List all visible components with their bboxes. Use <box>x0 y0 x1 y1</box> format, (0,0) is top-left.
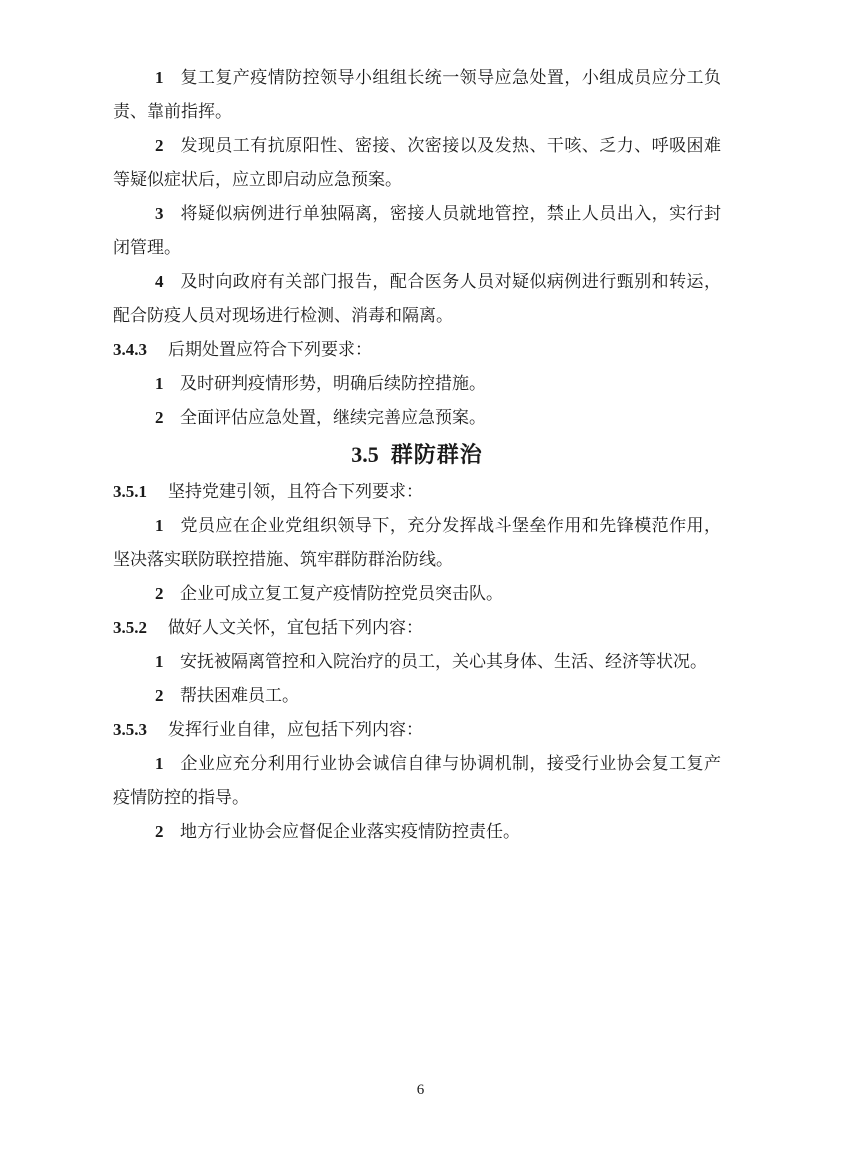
paragraph-text: 后期处置应符合下列要求： <box>168 340 372 359</box>
list-item-paragraph: 1及时研判疫情形势，明确后续防控措施。 <box>113 367 721 401</box>
list-item-paragraph: 2企业可成立复工复产疫情防控党员突击队。 <box>113 577 721 611</box>
item-number: 2 <box>155 577 180 611</box>
list-item-paragraph: 1安抚被隔离管控和入院治疗的员工，关心其身体、生活、经济等状况。 <box>113 645 721 679</box>
clause-paragraph: 3.5.2做好人文关怀，宜包括下列内容： <box>113 611 721 645</box>
clause-number: 3.4.3 <box>113 333 168 367</box>
item-number: 2 <box>155 815 180 849</box>
clause-number: 3.5.2 <box>113 611 168 645</box>
section-heading-title: 群防群治 <box>391 442 483 467</box>
paragraph-text: 帮扶困难员工。 <box>180 686 299 705</box>
list-item-paragraph: 1企业应充分利用行业协会诚信自律与协调机制，接受行业协会复工复产疫情防控的指导。 <box>113 747 721 815</box>
paragraph-text: 做好人文关怀，宜包括下列内容： <box>168 618 423 637</box>
item-number: 2 <box>155 129 180 163</box>
paragraph-text: 坚持党建引领，且符合下列要求： <box>168 482 423 501</box>
list-item-paragraph: 2地方行业协会应督促企业落实疫情防控责任。 <box>113 815 721 849</box>
list-item-paragraph: 1复工复产疫情防控领导小组组长统一领导应急处置，小组成员应分工负责、靠前指挥。 <box>113 61 721 129</box>
item-number: 3 <box>155 197 180 231</box>
clause-paragraph: 3.5.3发挥行业自律，应包括下列内容： <box>113 713 721 747</box>
section-3-5-body: 3.5.1坚持党建引领，且符合下列要求：1党员应在企业党组织领导下，充分发挥战斗… <box>113 475 721 849</box>
paragraph-text: 企业可成立复工复产疫情防控党员突击队。 <box>180 584 503 603</box>
paragraph-text: 及时研判疫情形势，明确后续防控措施。 <box>180 374 486 393</box>
item-number: 1 <box>155 509 180 543</box>
item-number: 1 <box>155 747 180 781</box>
paragraph-text: 复工复产疫情防控领导小组组长统一领导应急处置，小组成员应分工负责、靠前指挥。 <box>113 68 721 121</box>
item-number: 1 <box>155 645 180 679</box>
item-number: 1 <box>155 61 180 95</box>
section-3-4-continuation: 1复工复产疫情防控领导小组组长统一领导应急处置，小组成员应分工负责、靠前指挥。2… <box>113 61 721 435</box>
section-heading-number: 3.5 <box>351 442 379 467</box>
item-number: 4 <box>155 265 180 299</box>
paragraph-text: 地方行业协会应督促企业落实疫情防控责任。 <box>180 822 520 841</box>
list-item-paragraph: 2帮扶困难员工。 <box>113 679 721 713</box>
clause-paragraph: 3.5.1坚持党建引领，且符合下列要求： <box>113 475 721 509</box>
section-heading: 3.5群防群治 <box>113 435 721 475</box>
paragraph-text: 全面评估应急处置，继续完善应急预案。 <box>180 408 486 427</box>
list-item-paragraph: 2全面评估应急处置，继续完善应急预案。 <box>113 401 721 435</box>
paragraph-text: 及时向政府有关部门报告，配合医务人员对疑似病例进行甄别和转运，配合防疫人员对现场… <box>113 272 721 325</box>
clause-number: 3.5.3 <box>113 713 168 747</box>
list-item-paragraph: 2发现员工有抗原阳性、密接、次密接以及发热、干咳、乏力、呼吸困难等疑似症状后，应… <box>113 129 721 197</box>
list-item-paragraph: 3将疑似病例进行单独隔离，密接人员就地管控，禁止人员出入，实行封闭管理。 <box>113 197 721 265</box>
paragraph-text: 发现员工有抗原阳性、密接、次密接以及发热、干咳、乏力、呼吸困难等疑似症状后，应立… <box>113 136 721 189</box>
item-number: 2 <box>155 401 180 435</box>
paragraph-text: 将疑似病例进行单独隔离，密接人员就地管控，禁止人员出入，实行封闭管理。 <box>113 204 721 257</box>
paragraph-text: 企业应充分利用行业协会诚信自律与协调机制，接受行业协会复工复产疫情防控的指导。 <box>113 754 721 807</box>
item-number: 1 <box>155 367 180 401</box>
clause-number: 3.5.1 <box>113 475 168 509</box>
clause-paragraph: 3.4.3后期处置应符合下列要求： <box>113 333 721 367</box>
document-content: 1复工复产疫情防控领导小组组长统一领导应急处置，小组成员应分工负责、靠前指挥。2… <box>113 61 721 849</box>
paragraph-text: 党员应在企业党组织领导下，充分发挥战斗堡垒作用和先锋模范作用，坚决落实联防联控措… <box>113 516 721 569</box>
list-item-paragraph: 1党员应在企业党组织领导下，充分发挥战斗堡垒作用和先锋模范作用，坚决落实联防联控… <box>113 509 721 577</box>
document-page: 1复工复产疫情防控领导小组组长统一领导应急处置，小组成员应分工负责、靠前指挥。2… <box>0 0 841 1163</box>
list-item-paragraph: 4及时向政府有关部门报告，配合医务人员对疑似病例进行甄别和转运，配合防疫人员对现… <box>113 265 721 333</box>
page-number: 6 <box>0 1081 841 1099</box>
paragraph-text: 发挥行业自律，应包括下列内容： <box>168 720 423 739</box>
item-number: 2 <box>155 679 180 713</box>
paragraph-text: 安抚被隔离管控和入院治疗的员工，关心其身体、生活、经济等状况。 <box>180 652 707 671</box>
